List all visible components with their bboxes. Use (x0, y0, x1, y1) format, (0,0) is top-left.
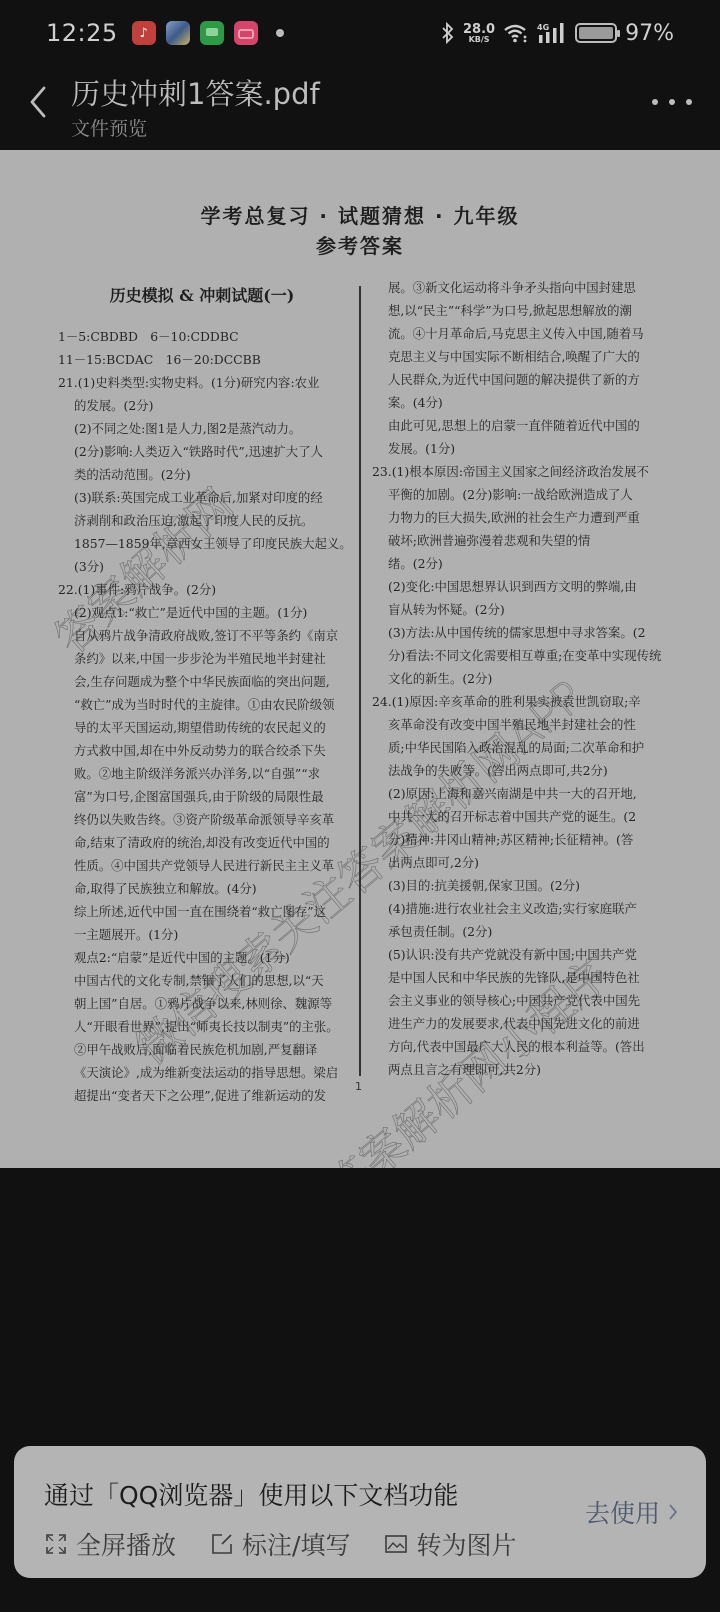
answer-line: 分)精神:井冈山精神;苏区精神;长征精神。(答 (372, 828, 668, 851)
convert-to-image-button[interactable]: 转为图片 (384, 1526, 516, 1562)
answer-line: 平衡的加剧。(2分)影响:一战给欧洲造成了人 (372, 483, 668, 506)
answer-line: 1857—1859年,章西女王领导了印度民族大起义。 (58, 532, 348, 555)
answer-line: 绪。(2分) (372, 552, 668, 575)
annotate-fill-button[interactable]: 标注/填写 (210, 1526, 350, 1562)
answer-line: 会主义事业的领导核心;中国共产党代表中国先 (372, 989, 668, 1012)
chevron-right-icon (668, 1503, 678, 1521)
back-button[interactable] (18, 80, 58, 124)
answer-line: 人“开眼看世界”,提出“师夷长技以制夷”的主张。 (58, 1015, 348, 1038)
answer-line: 中共一大的召开标志着中国共产党的诞生。(2 (372, 805, 668, 828)
battery-percent: 97% (625, 21, 674, 46)
column-divider (359, 286, 361, 1076)
messages-app-icon (200, 21, 224, 45)
more-dot-icon (652, 99, 658, 105)
answer-line: (5)认识:没有共产党就没有新中国;中国共产党 (372, 943, 668, 966)
answer-line: (3)方法:从中国传统的儒家思想中寻求答案。(2 (372, 621, 668, 644)
answer-line: 方向,代表中国最广大人民的根本利益等。(答出 (372, 1035, 668, 1058)
answer-line: 条约》以来,中国一步步沦为半殖民地半封建社 (58, 647, 348, 670)
answer-line: (3分) (58, 555, 348, 578)
notification-dot-icon (276, 29, 284, 37)
answer-line: 24.(1)原因:辛亥革命的胜利果实被袁世凯窃取;辛 (372, 690, 668, 713)
go-use-button[interactable]: 去使用 (585, 1494, 678, 1530)
right-column-lines: 展。③新文化运动将斗争矛头指向中国封建思想,以“民主”“科学”为口号,掀起思想解… (372, 276, 668, 1081)
edit-icon (210, 1532, 234, 1556)
answer-line: 23.(1)根本原因:帝国主义国家之间经济政治发展不 (372, 460, 668, 483)
answer-line: 导的太平天国运动,期望借助传统的农民起义的 (58, 716, 348, 739)
wifi-icon (503, 23, 529, 43)
status-time: 12:25 (46, 19, 118, 47)
answer-line: 由此可见,思想上的启蒙一直伴随着近代中国的 (372, 414, 668, 437)
answer-line: 败。②地主阶级洋务派兴办洋务,以“自强”“求 (58, 762, 348, 785)
answer-line: 1－5:CBDBD 6－10:CDDBC (58, 325, 348, 348)
answer-line: 进生产力的发展要求,代表中国先进文化的前进 (372, 1012, 668, 1035)
answer-line: 人民群众,为近代中国问题的解决提供了新的方 (372, 368, 668, 391)
document-heading: 学考总复习 · 试题猜想 · 九年级 (0, 200, 720, 229)
answer-line: (2)原因:上海和嘉兴南湖是中共一大的召开地, (372, 782, 668, 805)
answer-line: 流。④十月革命后,马克思主义传入中国,随着马 (372, 322, 668, 345)
answer-line: 会,生存问题成为整个中华民族面临的突出问题, (58, 670, 348, 693)
answer-line: 两点且言之有理即可,共2分) (372, 1058, 668, 1081)
answer-line: 力物力的巨大损失,欧洲的社会生产力遭到严重 (372, 506, 668, 529)
answer-line: “救亡”成为当时时代的主旋律。①由农民阶级领 (58, 693, 348, 716)
answer-line: 承包责任制。(2分) (372, 920, 668, 943)
page-number: 1 (355, 1080, 362, 1093)
qq-browser-promo-card[interactable]: 通过「QQ浏览器」使用以下文档功能 全屏播放 标注/填写 转为图片 去使用 (14, 1446, 706, 1578)
status-indicators: 28.0 KB/S 4G 97% (441, 21, 674, 46)
answer-line: 中国古代的文化专制,禁锢了人们的思想,以“天 (58, 969, 348, 992)
answer-line: 质;中华民国陷入政治混乱的局面;二次革命和护 (372, 736, 668, 759)
document-subheading: 参考答案 (0, 230, 720, 259)
music-app-icon: ♪ (132, 21, 156, 45)
chevron-left-icon (28, 85, 48, 119)
bilibili-app-icon (234, 21, 258, 45)
answer-line: 命,结束了清政府的统治,却没有改变近代中国的 (58, 831, 348, 854)
cellular-signal-icon: 4G (537, 22, 567, 44)
answer-line: 自从鸦片战争清政府战败,签订不平等条约《南京 (58, 624, 348, 647)
answer-line: 亥革命没有改变中国半殖民地半封建社会的性 (372, 713, 668, 736)
answer-line: (2分)影响:人类迈入“铁路时代”,迅速扩大了人 (58, 440, 348, 463)
answer-line: 类的活动范围。(2分) (58, 463, 348, 486)
answer-line: 想,以“民主”“科学”为口号,掀起思想解放的潮 (372, 299, 668, 322)
more-options-button[interactable] (652, 90, 692, 114)
status-bar: 12:25 ♪ 28.0 KB/S 4G 9 (0, 0, 720, 66)
left-column: 历史模拟 & 冲刺试题(一) 1－5:CBDBD 6－10:CDDBC11－15… (58, 280, 348, 1107)
answer-line: 案。(4分) (372, 391, 668, 414)
answer-line: 方式救中国,却在中外反动势力的联合绞杀下失 (58, 739, 348, 762)
more-dot-icon (686, 99, 692, 105)
answer-line: 是中国人民和中华民族的先锋队,是中国特色社 (372, 966, 668, 989)
network-speed: 28.0 KB/S (463, 23, 495, 44)
promo-actions: 全屏播放 标注/填写 转为图片 (44, 1526, 516, 1562)
answer-line: 综上所述,近代中国一直在围绕着“救亡图存”这 (58, 900, 348, 923)
answer-line: 命,取得了民族独立和解放。(4分) (58, 877, 348, 900)
image-icon (384, 1532, 408, 1556)
answer-line: (3)目的:抗美援朝,保家卫国。(2分) (372, 874, 668, 897)
answer-line: 22.(1)事件:鸦片战争。(2分) (58, 578, 348, 601)
svg-text:4G: 4G (537, 23, 549, 32)
answer-line: 终仍以失败告终。③资产阶级革命派领导辛亥革 (58, 808, 348, 831)
answer-line: 文化的新生。(2分) (372, 667, 668, 690)
answer-line: 《天演论》,成为维新变法运动的指导思想。梁启 (58, 1061, 348, 1084)
answer-line: 11－15:BCDAC 16－20:DCCBB (58, 348, 348, 371)
answer-line: 发展。(1分) (372, 437, 668, 460)
answer-line: 克思主义与中国实际不断相结合,唤醒了广大的 (372, 345, 668, 368)
battery-icon (575, 23, 617, 43)
bluetooth-icon (441, 22, 455, 44)
answer-line: 观点2:“启蒙”是近代中国的主题。(1分) (58, 946, 348, 969)
file-subtitle: 文件预览 (71, 114, 147, 141)
answer-line: 富”为口号,企图富国强兵,由于阶级的局限性最 (58, 785, 348, 808)
fullscreen-icon (44, 1532, 68, 1556)
answer-line: 分)看法:不同文化需要相互尊重;在变革中实现传统 (372, 644, 668, 667)
answer-line: (3)联系:英国完成工业革命后,加紧对印度的经 (58, 486, 348, 509)
answer-line: (2)不同之处:图1是人力,图2是蒸汽动力。 (58, 417, 348, 440)
section-title: 历史模拟 & 冲刺试题(一) (56, 284, 348, 307)
answer-line: (2)变化:中国思想界认识到西方文明的弊端,由 (372, 575, 668, 598)
answer-line: 一主题展开。(1分) (58, 923, 348, 946)
answer-line: 出两点即可,2分) (372, 851, 668, 874)
title-bar: 历史冲刺1答案.pdf 文件预览 (0, 66, 720, 146)
answer-line: ②甲午战败后,面临着民族危机加剧,严复翻译 (58, 1038, 348, 1061)
answer-line: 展。③新文化运动将斗争矛头指向中国封建思 (372, 276, 668, 299)
more-dot-icon (669, 99, 675, 105)
file-title: 历史冲刺1答案.pdf (71, 72, 320, 113)
answer-line: 性质。④中国共产党领导人民进行新民主主义革 (58, 854, 348, 877)
answer-line: 法战争的失败等。(答出两点即可,共2分) (372, 759, 668, 782)
game-app-icon (166, 21, 190, 45)
answer-line: (4)措施:进行农业社会主义改造;实行家庭联产 (372, 897, 668, 920)
answer-line: 破坏;欧洲普遍弥漫着悲观和失望的情 (372, 529, 668, 552)
answer-line: 21.(1)史料类型:实物史料。(1分)研究内容:农业 (58, 371, 348, 394)
answer-line: 济剥削和政治压迫,激起了印度人民的反抗。 (58, 509, 348, 532)
pdf-page[interactable]: 学考总复习 · 试题猜想 · 九年级 参考答案 历史模拟 & 冲刺试题(一) 1… (0, 150, 720, 1168)
answer-line: 朝上国”自居。①鸦片战争以来,林则徐、魏源等 (58, 992, 348, 1015)
left-column-lines: 1－5:CBDBD 6－10:CDDBC11－15:BCDAC 16－20:DC… (58, 325, 348, 1107)
right-column: 展。③新文化运动将斗争矛头指向中国封建思想,以“民主”“科学”为口号,掀起思想解… (372, 276, 668, 1081)
answer-line: 超提出“变者天下之公理”,促进了维新运动的发 (58, 1084, 348, 1107)
answer-line: (2)观点1:“救亡”是近代中国的主题。(1分) (58, 601, 348, 624)
answer-line: 盲从转为怀疑。(2分) (372, 598, 668, 621)
answer-line: 的发展。(2分) (58, 394, 348, 417)
fullscreen-play-button[interactable]: 全屏播放 (44, 1526, 176, 1562)
promo-title: 通过「QQ浏览器」使用以下文档功能 (44, 1476, 458, 1512)
